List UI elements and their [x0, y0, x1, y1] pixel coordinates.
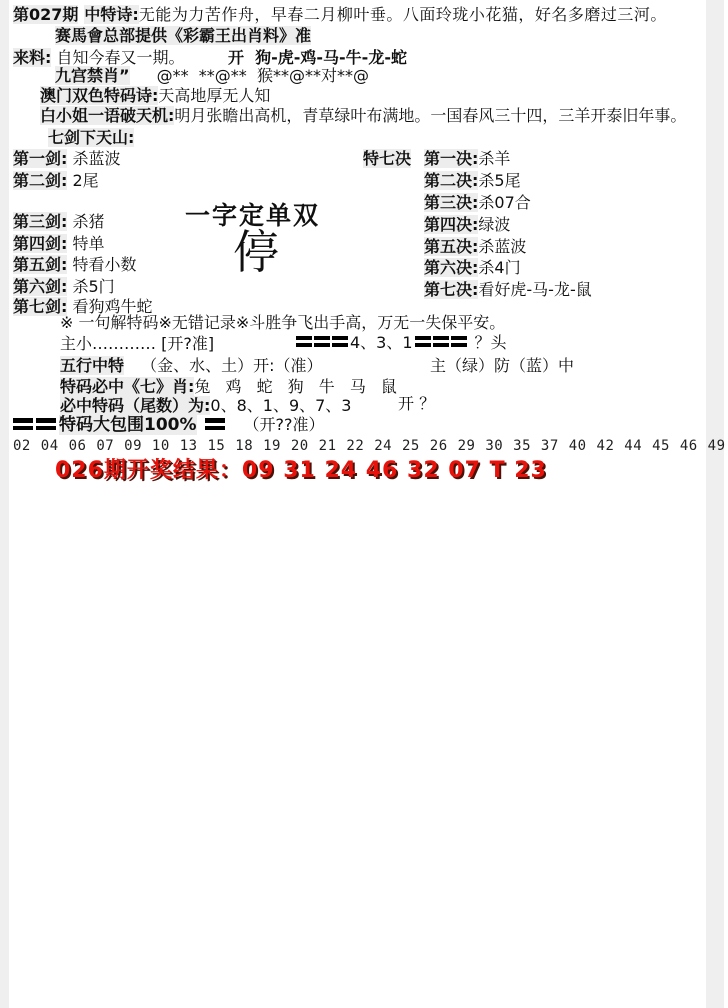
zodiac-value: 兔 鸡 蛇 狗 牛 马 鼠	[194, 377, 402, 396]
open-zodiacs-line: 开 狗-虎-鸡-马-牛-龙-蛇	[228, 49, 407, 67]
left-page-edge	[0, 0, 9, 1008]
double-bar-icon	[36, 418, 56, 430]
jue-label: 第三决:	[424, 193, 478, 212]
jue-label: 第二决:	[424, 171, 478, 190]
mid-poem-label: 中特诗:	[84, 5, 138, 24]
coverage-line: 特码大包围100%（开??准）	[13, 416, 325, 436]
double-bar-icon	[13, 418, 33, 430]
double-bar-icon	[296, 336, 312, 347]
sword-row: 第三剑: 杀猪	[13, 213, 105, 231]
baixiaojie-line: 白小姐一语破天机:明月张瞻出高机，青草绿叶布满地。一国春风三十四，三羊开泰旧年事…	[40, 107, 686, 125]
jiugong-label: 九宫禁肖”	[55, 66, 130, 85]
jue-row: 第一决:杀羊	[424, 150, 510, 168]
bars-suffix: ？头	[475, 333, 507, 352]
issue-number: 第027期	[13, 5, 78, 24]
source-label: 来料:	[13, 48, 51, 67]
swords-title: 七剑下天山:	[48, 129, 134, 147]
jue-label: 第一决:	[424, 149, 478, 168]
sword-row: 第二剑: 2尾	[13, 172, 99, 190]
provider-line: 赛馬會总部提供《彩霸王出肖料》准	[55, 27, 311, 45]
macau-label: 澳门双色特码诗:	[40, 86, 158, 105]
tail-open: 开 ？	[398, 395, 435, 413]
macau-line: 澳门双色特码诗:天高地厚无人知	[40, 87, 270, 105]
tip-sheet-page: 第027期中特诗:无能为力苦作舟，早春二月柳叶垂。八面玲珑小花猫，好名多磨过三河…	[0, 0, 728, 1008]
tail-value: 0、8、1、9、7、3	[210, 396, 351, 415]
issue-poem-line: 第027期中特诗:无能为力苦作舟，早春二月柳叶垂。八面玲珑小花猫，好名多磨过三河…	[13, 6, 667, 24]
slogan-line: ※ 一句解特码※无错记录※斗胜争飞出手高，万无一失保平安。	[60, 314, 505, 332]
wuxing-label: 五行中特	[60, 356, 124, 375]
coverage-label: 特码大包围100%	[59, 415, 197, 435]
zhu-small-line: 主小………… [开?准]	[60, 335, 214, 353]
jue-value: 杀羊	[478, 149, 510, 168]
double-bar-icon	[433, 336, 449, 347]
jue-label: 第六决:	[424, 258, 478, 277]
sword-label: 第一剑:	[13, 149, 67, 168]
numbers-row: 02 04 06 07 09 10 13 15 18 19 20 21 22 2…	[13, 438, 726, 454]
bars-value: 4、3、1	[350, 333, 413, 352]
jue-header-text: 特七决	[363, 149, 411, 168]
sword-row: 第五剑: 特看小数	[13, 256, 137, 274]
baixiaojie-label: 白小姐一语破天机:	[40, 106, 174, 125]
double-bar-icon	[415, 336, 431, 347]
zodiac-label: 特码必中《七》肖:	[60, 377, 194, 396]
jue-row: 第五决:杀蓝波	[424, 238, 526, 256]
open-zodiacs: 狗-虎-鸡-马-牛-龙-蛇	[255, 48, 407, 67]
jue-row: 第六决:杀4门	[424, 259, 521, 277]
open-label: 开	[228, 48, 244, 67]
provider-text: 赛馬會总部提供《彩霸王出肖料》准	[55, 26, 311, 45]
sword-label: 第四剑:	[13, 234, 67, 253]
sword-label: 第二剑:	[13, 171, 67, 190]
sword-label: 第六剑:	[13, 277, 67, 296]
macau-text: 天高地厚无人知	[158, 86, 270, 105]
jue-value: 杀4门	[478, 258, 520, 277]
double-bar-icon	[314, 336, 330, 347]
sword-row: 第四剑: 特单	[13, 235, 105, 253]
jue-label: 第五决:	[424, 237, 478, 256]
sword-value: 2尾	[73, 171, 99, 190]
tails-line: 必中特码（尾数）为:0、8、1、9、7、3	[60, 397, 352, 415]
result-line: 026期开奖结果：09 31 24 46 32 07 T 23	[55, 458, 547, 483]
double-bar-icon	[332, 336, 348, 347]
sword-value: 特看小数	[73, 255, 137, 274]
wuxing-value: （金、水、土）开:（准）	[141, 356, 322, 375]
sword-label: 第五剑:	[13, 255, 67, 274]
baixiaojie-text: 明月张瞻出高机，青草绿叶布满地。一国春风三十四，三羊开泰旧年事。	[174, 106, 686, 125]
jue-row: 第三决:杀07合	[424, 194, 531, 212]
source-text: 自知今春又一期。	[57, 48, 185, 67]
coverage-note: （开??准）	[244, 415, 325, 434]
sword-value: 特单	[73, 234, 105, 253]
jue-row: 第二决:杀5尾	[424, 172, 521, 190]
jiugong-line: 九宫禁肖” @** **@** 猴**@**对**@	[55, 67, 369, 85]
jue-label: 第四决:	[424, 215, 478, 234]
jue-row: 第四决:绿波	[424, 216, 510, 234]
swords-title-text: 七剑下天山:	[48, 128, 134, 147]
sword-value: 杀5门	[73, 277, 115, 296]
jue-row: 第七决:看好虎-马-龙-鼠	[424, 281, 592, 299]
double-bar-icon	[451, 336, 467, 347]
jiugong-code: @** **@** 猴**@**对**@	[157, 66, 369, 85]
center-stop-char: 停	[233, 226, 279, 279]
jue-value: 杀5尾	[478, 171, 520, 190]
color-main-line: 主（绿）防（蓝）中	[430, 357, 574, 375]
jue-value: 杀蓝波	[478, 237, 526, 256]
sword-label: 第三剑:	[13, 212, 67, 231]
jue-header: 特七决	[363, 150, 411, 168]
jue-value: 看好虎-马-龙-鼠	[478, 280, 591, 299]
sword-row: 第六剑: 杀5门	[13, 278, 115, 296]
sword-row: 第一剑: 杀蓝波	[13, 150, 121, 168]
mid-poem-text: 无能为力苦作舟，早春二月柳叶垂。八面玲珑小花猫，好名多磨过三河。	[139, 5, 667, 24]
double-bar-icon	[205, 418, 225, 430]
source-line: 来料: 自知今春又一期。	[13, 49, 185, 67]
wuxing-line: 五行中特 （金、水、土）开:（准）	[60, 357, 323, 375]
jue-label: 第七决:	[424, 280, 478, 299]
sword-value: 杀猪	[73, 212, 105, 231]
jue-value: 绿波	[478, 215, 510, 234]
tail-label: 必中特码（尾数）为:	[60, 396, 210, 415]
zodiac-line: 特码必中《七》肖:兔 鸡 蛇 狗 牛 马 鼠	[60, 378, 402, 396]
sword-value: 杀蓝波	[73, 149, 121, 168]
right-page-edge	[706, 0, 724, 1008]
bars-line: 4、3、1？头	[296, 334, 507, 352]
jue-value: 杀07合	[478, 193, 530, 212]
